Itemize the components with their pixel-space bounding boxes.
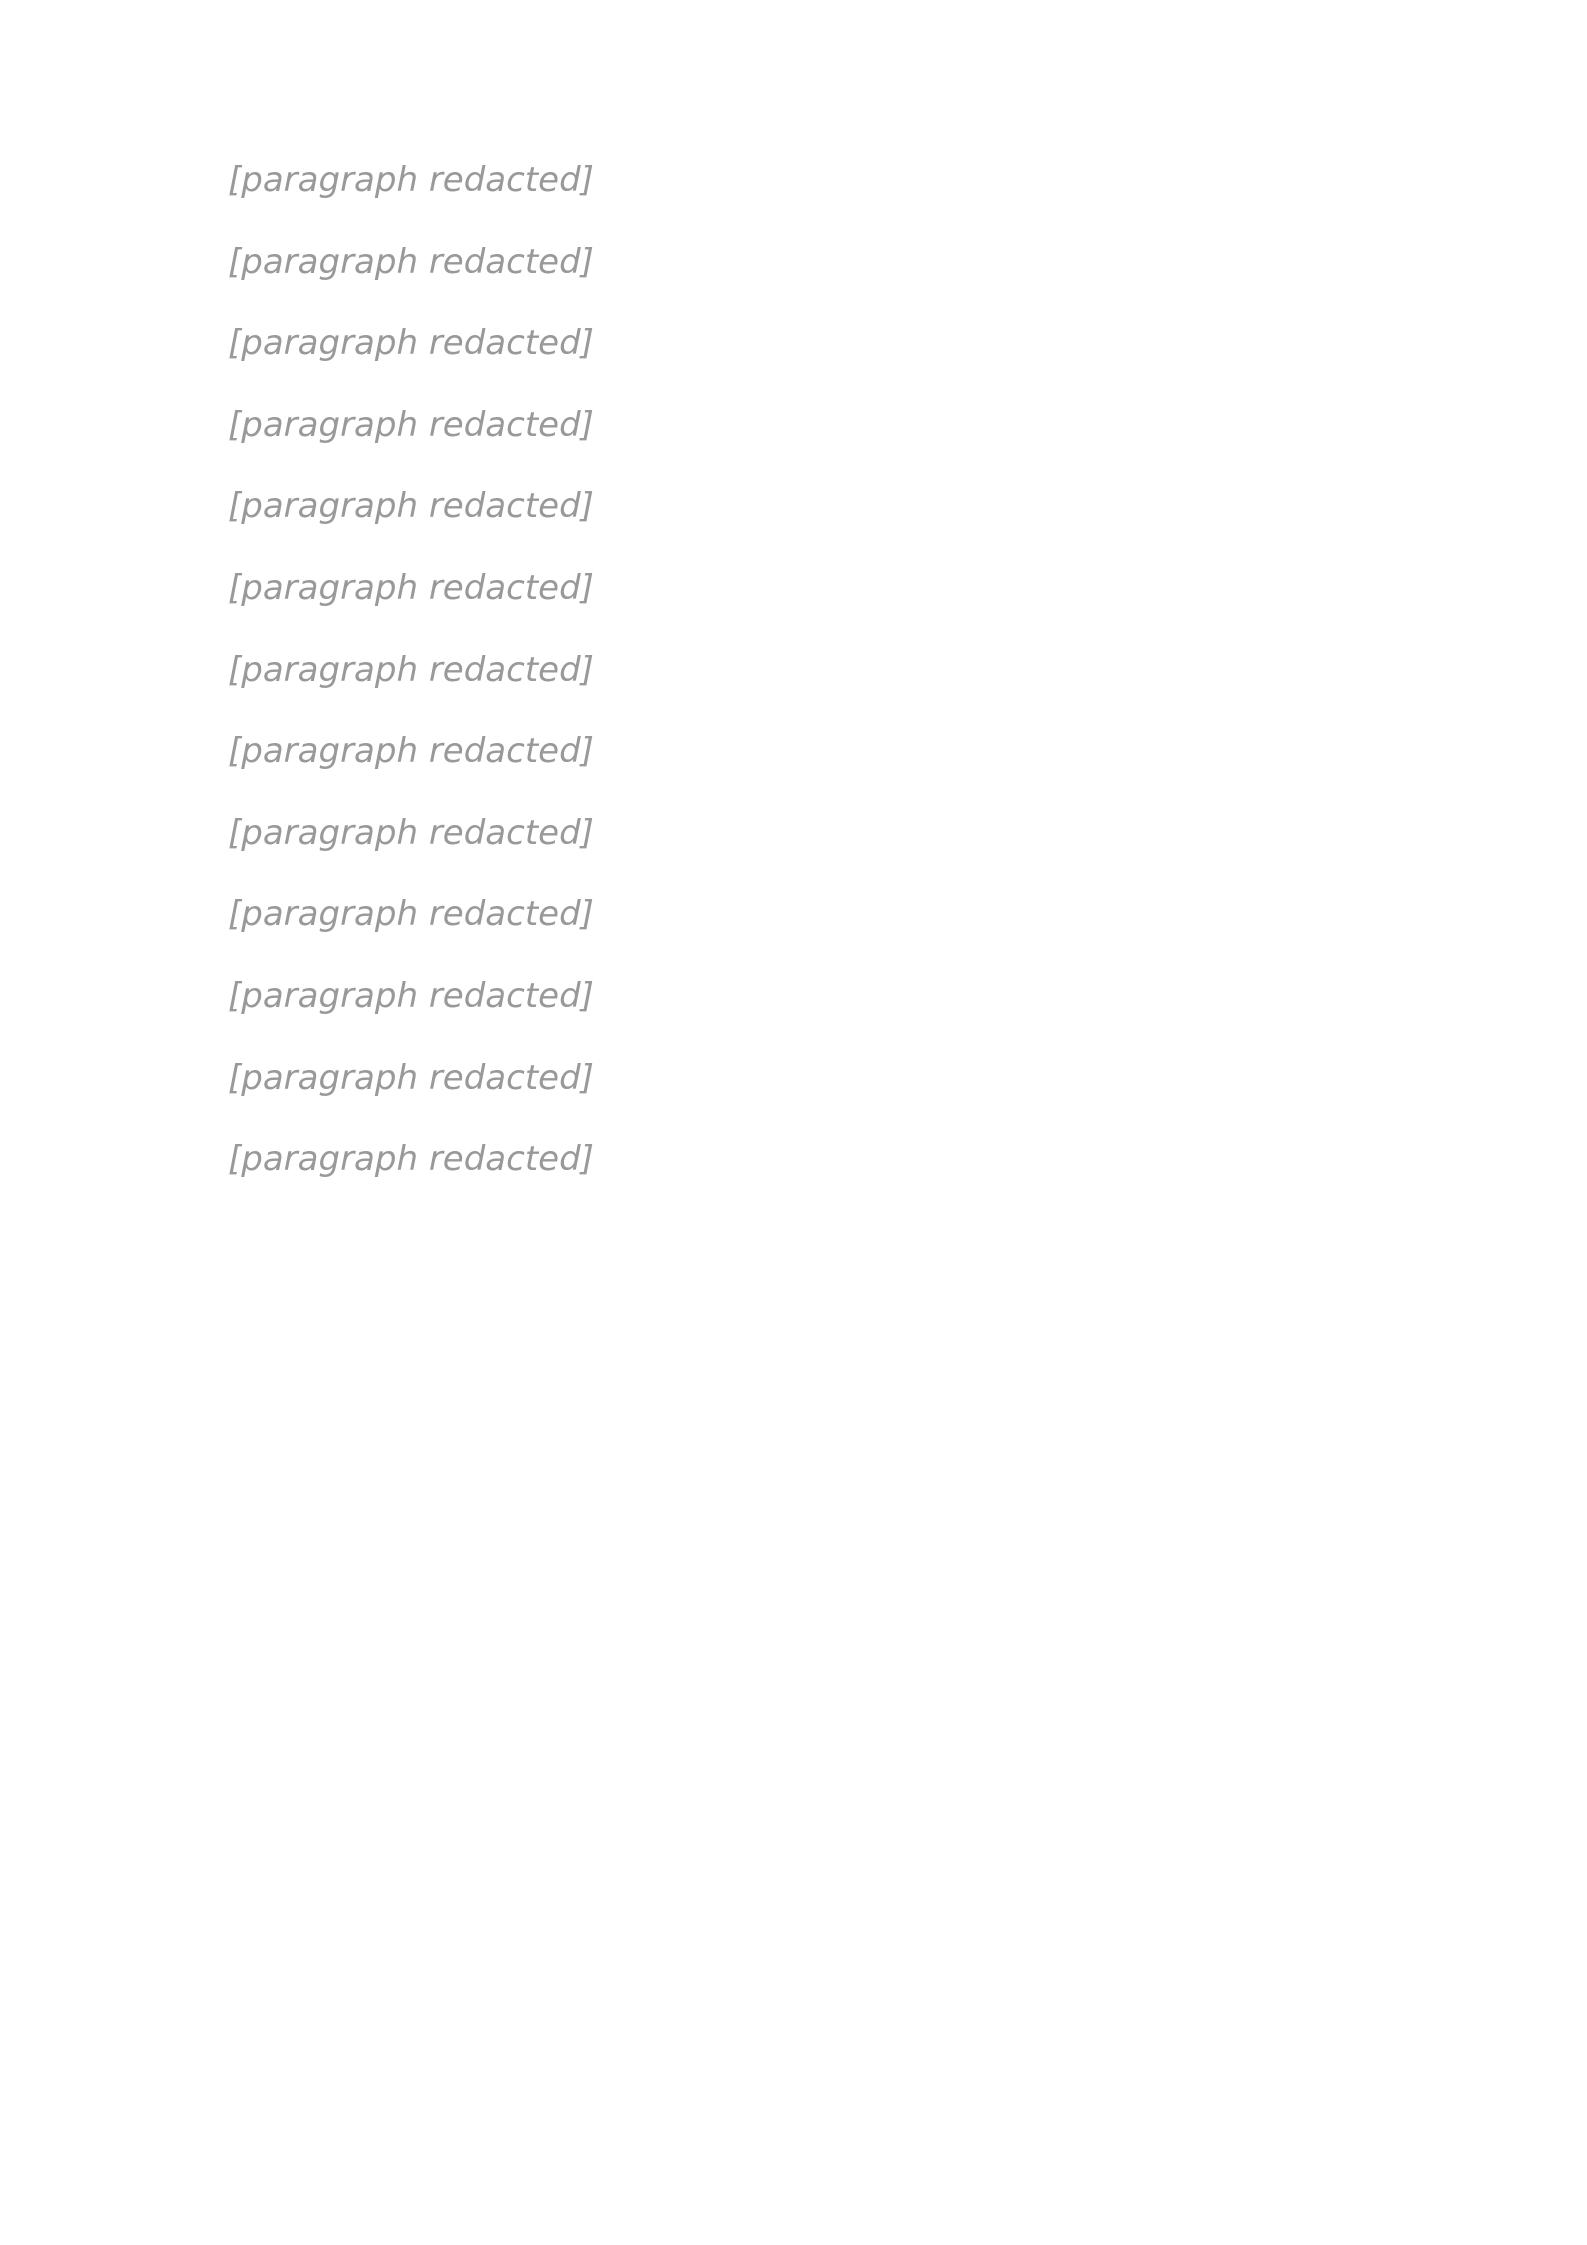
paragraph: [paragraph redacted] (160, 1119, 1427, 1201)
paragraph: [paragraph redacted] (160, 793, 1427, 875)
paragraph: [paragraph redacted] (160, 874, 1427, 956)
paragraph: [paragraph redacted] (160, 385, 1427, 467)
paragraph: [paragraph redacted] (160, 548, 1427, 630)
paragraph: [paragraph redacted] (160, 630, 1427, 712)
paragraph: [paragraph redacted] (160, 466, 1427, 548)
paragraph: [paragraph redacted] (160, 140, 1427, 222)
paragraph: [paragraph redacted] (160, 956, 1427, 1038)
paragraph: [paragraph redacted] (160, 711, 1427, 793)
paragraph: [paragraph redacted] (160, 222, 1427, 304)
paragraph: [paragraph redacted] (160, 303, 1427, 385)
document-page: [paragraph redacted][paragraph redacted]… (0, 0, 1587, 2245)
paragraph: [paragraph redacted] (160, 1038, 1427, 1120)
